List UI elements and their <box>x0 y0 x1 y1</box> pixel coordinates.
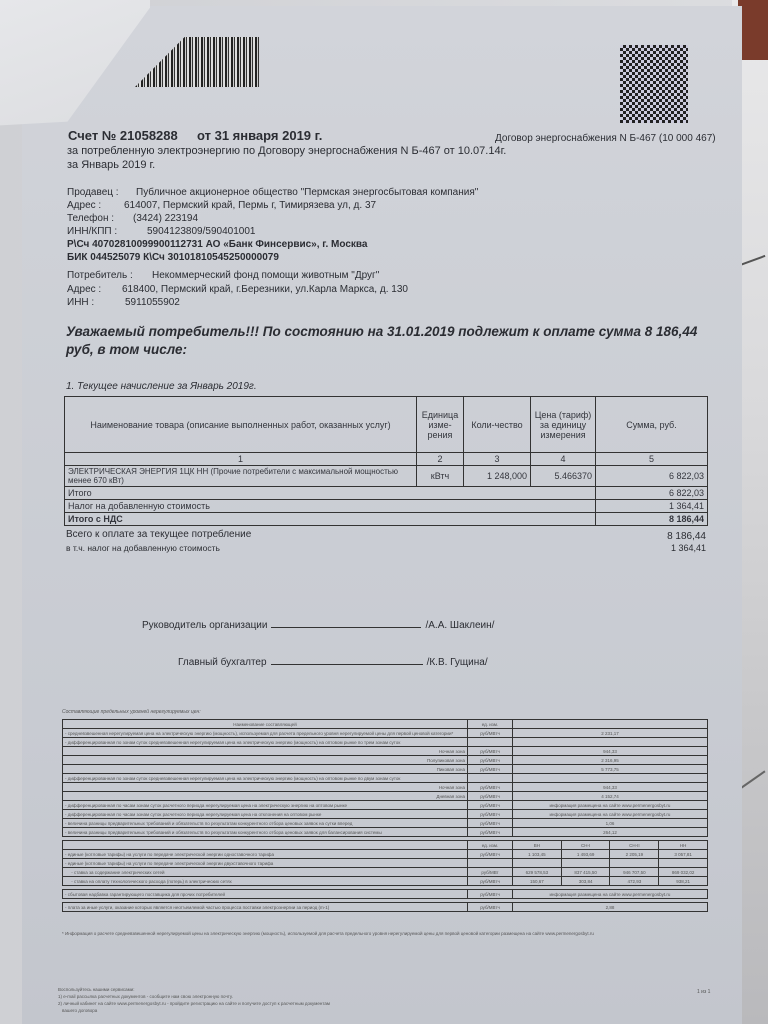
tariff-value <box>561 859 610 868</box>
component-name: - сбытовая надбавка гарантирующего поста… <box>63 890 468 899</box>
component-name: - величина разницы предварительных требо… <box>63 828 468 837</box>
consumer-inn: 5911055902 <box>125 297 180 308</box>
component-unit: руб/МВтч <box>468 810 513 819</box>
component-unit: руб/МВтч <box>468 819 513 828</box>
tariff-unit <box>468 859 513 868</box>
component-value: 264,12 <box>513 828 708 837</box>
seller-inn-kpp-label: ИНН/КПП : <box>67 226 117 237</box>
table-row: - единые (котловые тарифы) на услуги по … <box>63 859 708 868</box>
wood-corner <box>738 0 768 60</box>
component-name: Пиковая зона <box>63 765 468 774</box>
table-row: - величина разницы предварительных требо… <box>63 819 708 828</box>
total-value: 6 822,03 <box>596 487 708 500</box>
tariff-name: - ставка за содержание электрических сет… <box>63 868 468 877</box>
table-row: Пиковая зонаруб/МВтч5 773,75 <box>63 765 708 774</box>
invoice-period: за Январь 2019 г. <box>67 159 155 171</box>
consumer-inn-label: ИНН : <box>67 297 94 308</box>
page-number: 1 из 1 <box>697 989 710 995</box>
component-value: 5 773,75 <box>513 765 708 774</box>
component-value: информация размещена на сайте www.permen… <box>513 801 708 810</box>
grand-total-label: Всего к оплате за текущее потребление <box>66 529 251 540</box>
vat-value: 1 364,41 <box>596 500 708 513</box>
tariff-value: 837 415,50 <box>561 868 610 877</box>
signature-line <box>271 627 421 628</box>
tariff-name: - ставка на оплату технологического расх… <box>63 877 468 886</box>
component-value: 2 316,95 <box>513 756 708 765</box>
component-value: информация размещена на сайте www.permen… <box>513 810 708 819</box>
table-row: Ночная зонаруб/МВтч944,33 <box>63 783 708 792</box>
table-row: - дифференцированная по часам зонам суто… <box>63 810 708 819</box>
component-value: 1,06 <box>513 819 708 828</box>
header-quantity: Коли-чество <box>464 397 531 453</box>
component-value: информация размещена на сайте www.permen… <box>513 890 708 899</box>
component-name: Полупиковая зона <box>63 756 468 765</box>
tariff-value: 1 103,45 <box>513 850 562 859</box>
tariff-value <box>659 859 708 868</box>
seller-name: Публичное акционерное общество "Пермская… <box>136 187 478 198</box>
component-unit: руб/МВтч <box>468 903 513 912</box>
table-row: Полупиковая зонаруб/МВтч2 316,95 <box>63 756 708 765</box>
director-signature: Руководитель организации/А.А. Шаклеин/ <box>142 620 494 631</box>
consumer-name: Некоммерческий фонд помощи животным "Дру… <box>152 270 379 281</box>
services-title: Воспользуйтесь нашими сервисами: <box>58 987 134 992</box>
table-row: - сбытовая надбавка гарантирующего поста… <box>63 890 708 899</box>
table-row: - дифференцированная по зонам суток сред… <box>63 774 708 783</box>
tariff-unit: руб/МВтч <box>468 877 513 886</box>
section-title: 1. Текущее начисление за Январь 2019г. <box>66 381 257 392</box>
col-number: 3 <box>464 453 531 466</box>
table-row: - ставка на оплату технологического расх… <box>63 877 708 886</box>
tariff-value <box>610 859 659 868</box>
component-name: Ночная зона <box>63 747 468 756</box>
component-unit <box>468 738 513 747</box>
component-name: Дневная зона <box>63 792 468 801</box>
table-row: - ставка за содержание электрических сет… <box>63 868 708 877</box>
charges-table: Наименование товара (описание выполненны… <box>64 396 708 526</box>
tariff-header-unit: ед. изм. <box>468 841 513 850</box>
tariff-value: 472,93 <box>610 877 659 886</box>
invoice-subtitle: за потребленную электроэнергию по Догово… <box>67 145 506 157</box>
component-unit <box>468 774 513 783</box>
tariff-header-level: ВН <box>513 841 562 850</box>
seller-account: Р\Сч 40702810099900112731 АО «Банк Финсе… <box>67 239 367 250</box>
component-value: 944,33 <box>513 747 708 756</box>
table-row: - средневзвешенная нерегулируемая цена н… <box>63 729 708 738</box>
invoice-date: от 31 января 2019 г. <box>197 128 322 143</box>
component-value: 944,33 <box>513 783 708 792</box>
component-unit: руб/МВтч <box>468 756 513 765</box>
header-name: Наименование товара (описание выполненны… <box>65 397 417 453</box>
component-value: 4 152,74 <box>513 792 708 801</box>
tariff-name: - единые (котловые тарифы) на услуги по … <box>63 850 468 859</box>
tariff-value: 303,84 <box>561 877 610 886</box>
component-unit: руб/МВтч <box>468 792 513 801</box>
signature-line <box>271 664 423 665</box>
component-value <box>513 738 708 747</box>
col-number: 2 <box>417 453 464 466</box>
grand-total-value: 8 186,44 <box>667 531 706 542</box>
component-name: Ночная зона <box>63 783 468 792</box>
component-name: - дифференцированная по зонам суток сред… <box>63 774 468 783</box>
tariff-header-level: НН <box>659 841 708 850</box>
seller-phone: (3424) 223194 <box>133 213 198 224</box>
grand-vat-value: 1 364,41 <box>671 543 706 553</box>
seller-label: Продавец : <box>67 187 119 198</box>
component-name: - дифференцированная по часам зонам суто… <box>63 801 468 810</box>
table-row: - единые (котловые тарифы) на услуги по … <box>63 850 708 859</box>
accountant-signature: Главный бухгалтер/К.В. Гущина/ <box>178 657 488 668</box>
tariff-value <box>513 859 562 868</box>
table-row: Ночная зонаруб/МВтч944,33 <box>63 747 708 756</box>
tariff-unit: руб/МВтч <box>468 850 513 859</box>
component-value <box>513 774 708 783</box>
seller-address: 614007, Пермский край, Пермь г, Тимирязе… <box>124 200 376 211</box>
total-vat-label: Итого с НДС <box>65 513 596 526</box>
grand-vat-label: в т.ч. налог на добавленную стоимость <box>66 543 220 553</box>
table-row: ЭЛЕКТРИЧЕСКАЯ ЭНЕРГИЯ 1ЦК НН (Прочие пот… <box>65 466 708 487</box>
header-sum: Сумма, руб. <box>596 397 708 453</box>
tariff-header-level: СН-I <box>561 841 610 850</box>
tariff-value: 869 032,02 <box>659 868 708 877</box>
seller-phone-label: Телефон : <box>67 213 114 224</box>
component-name: - средневзвешенная нерегулируемая цена н… <box>63 729 468 738</box>
tariff-value: 3 057,81 <box>659 850 708 859</box>
seller-bik: БИК 044525079 К\Сч 30101810545250000079 <box>67 252 279 263</box>
consumer-label: Потребитель : <box>67 270 133 281</box>
col-number: 5 <box>596 453 708 466</box>
col-number: 1 <box>65 453 417 466</box>
service-cabinet: 2) личный кабинет на сайте www.permenerg… <box>58 1001 330 1006</box>
component-unit: руб/МВтч <box>468 890 513 899</box>
table-row: - дифференцированная по часам зонам суто… <box>63 801 708 810</box>
components-table: Наименование составляющей ед. изм. - сре… <box>62 719 708 912</box>
component-unit: руб/МВтч <box>468 801 513 810</box>
components-header-unit: ед. изм. <box>468 720 513 729</box>
tariff-value: 2 205,19 <box>610 850 659 859</box>
table-row: - дифференцированная по зонам суток сред… <box>63 738 708 747</box>
tariff-header-blank <box>63 841 468 850</box>
item-price: 5.466370 <box>531 466 596 487</box>
component-unit: руб/МВтч <box>468 729 513 738</box>
consumer-address-label: Адрес : <box>67 284 101 295</box>
invoice-number: Счет № 21058288 <box>68 128 178 143</box>
seller-inn-kpp: 5904123809/590401001 <box>147 226 255 237</box>
component-name: - дифференцированная по зонам суток сред… <box>63 738 468 747</box>
total-label: Итого <box>65 487 596 500</box>
contract-reference: Договор энергоснабжения N Б-467 (10 000 … <box>495 133 716 144</box>
accountant-label: Главный бухгалтер <box>178 657 267 668</box>
director-label: Руководитель организации <box>142 620 267 631</box>
tariff-value: 1 493,69 <box>561 850 610 859</box>
accountant-name: /К.В. Гущина/ <box>427 657 488 668</box>
component-name: - величина разницы предварительных требо… <box>63 819 468 828</box>
total-vat-value: 8 186,44 <box>596 513 708 526</box>
col-number: 4 <box>531 453 596 466</box>
component-unit: руб/МВтч <box>468 783 513 792</box>
tariff-unit: руб/МВт <box>468 868 513 877</box>
table-row: Дневная зонаруб/МВтч4 152,74 <box>63 792 708 801</box>
header-price: Цена (тариф) за единицу измерения <box>531 397 596 453</box>
service-email: 1) e-mail рассылка расчетных документов … <box>58 994 233 999</box>
component-name: - дифференцированная по часам зонам суто… <box>63 810 468 819</box>
component-name: - плата за иные услуги, оказание которых… <box>63 903 468 912</box>
item-sum: 6 822,03 <box>596 466 708 487</box>
component-value: 2 231,17 <box>513 729 708 738</box>
item-quantity: 1 248,000 <box>464 466 531 487</box>
tariff-value: 629 578,53 <box>513 868 562 877</box>
payment-notice-cont: руб, в том числе: <box>66 342 187 357</box>
tariff-value: 938,21 <box>659 877 708 886</box>
component-unit: руб/МВтч <box>468 765 513 774</box>
vat-label: Налог на добавленную стоимость <box>65 500 596 513</box>
footnote: * Информация о расчете средневзвешенной … <box>62 931 702 936</box>
tariff-value: 946 707,50 <box>610 868 659 877</box>
component-unit: руб/МВтч <box>468 747 513 756</box>
consumer-address: 618400, Пермский край, г.Березники, ул.К… <box>122 284 408 295</box>
component-value: 2,88 <box>513 903 708 912</box>
table-row: - величина разницы предварительных требо… <box>63 828 708 837</box>
director-name: /А.А. Шаклеин/ <box>425 620 494 631</box>
component-unit: руб/МВтч <box>468 828 513 837</box>
components-title: Составляющие предельных уровней нерегули… <box>62 709 201 715</box>
table-row: - плата за иные услуги, оказание которых… <box>63 903 708 912</box>
components-header-name: Наименование составляющей <box>63 720 468 729</box>
header-unit: Единица изме-рения <box>417 397 464 453</box>
item-unit: кВтч <box>417 466 464 487</box>
tariff-value: 150,67 <box>513 877 562 886</box>
seller-address-label: Адрес : <box>67 200 101 211</box>
tariff-name: - единые (котловые тарифы) на услуги по … <box>63 859 468 868</box>
tariff-header-level: СН-II <box>610 841 659 850</box>
service-cabinet-cont: вашего договора <box>62 1008 97 1013</box>
payment-notice: Уважаемый потребитель!!! По состоянию на… <box>66 324 697 339</box>
qr-code-icon <box>620 45 688 123</box>
item-name: ЭЛЕКТРИЧЕСКАЯ ЭНЕРГИЯ 1ЦК НН (Прочие пот… <box>65 466 417 487</box>
